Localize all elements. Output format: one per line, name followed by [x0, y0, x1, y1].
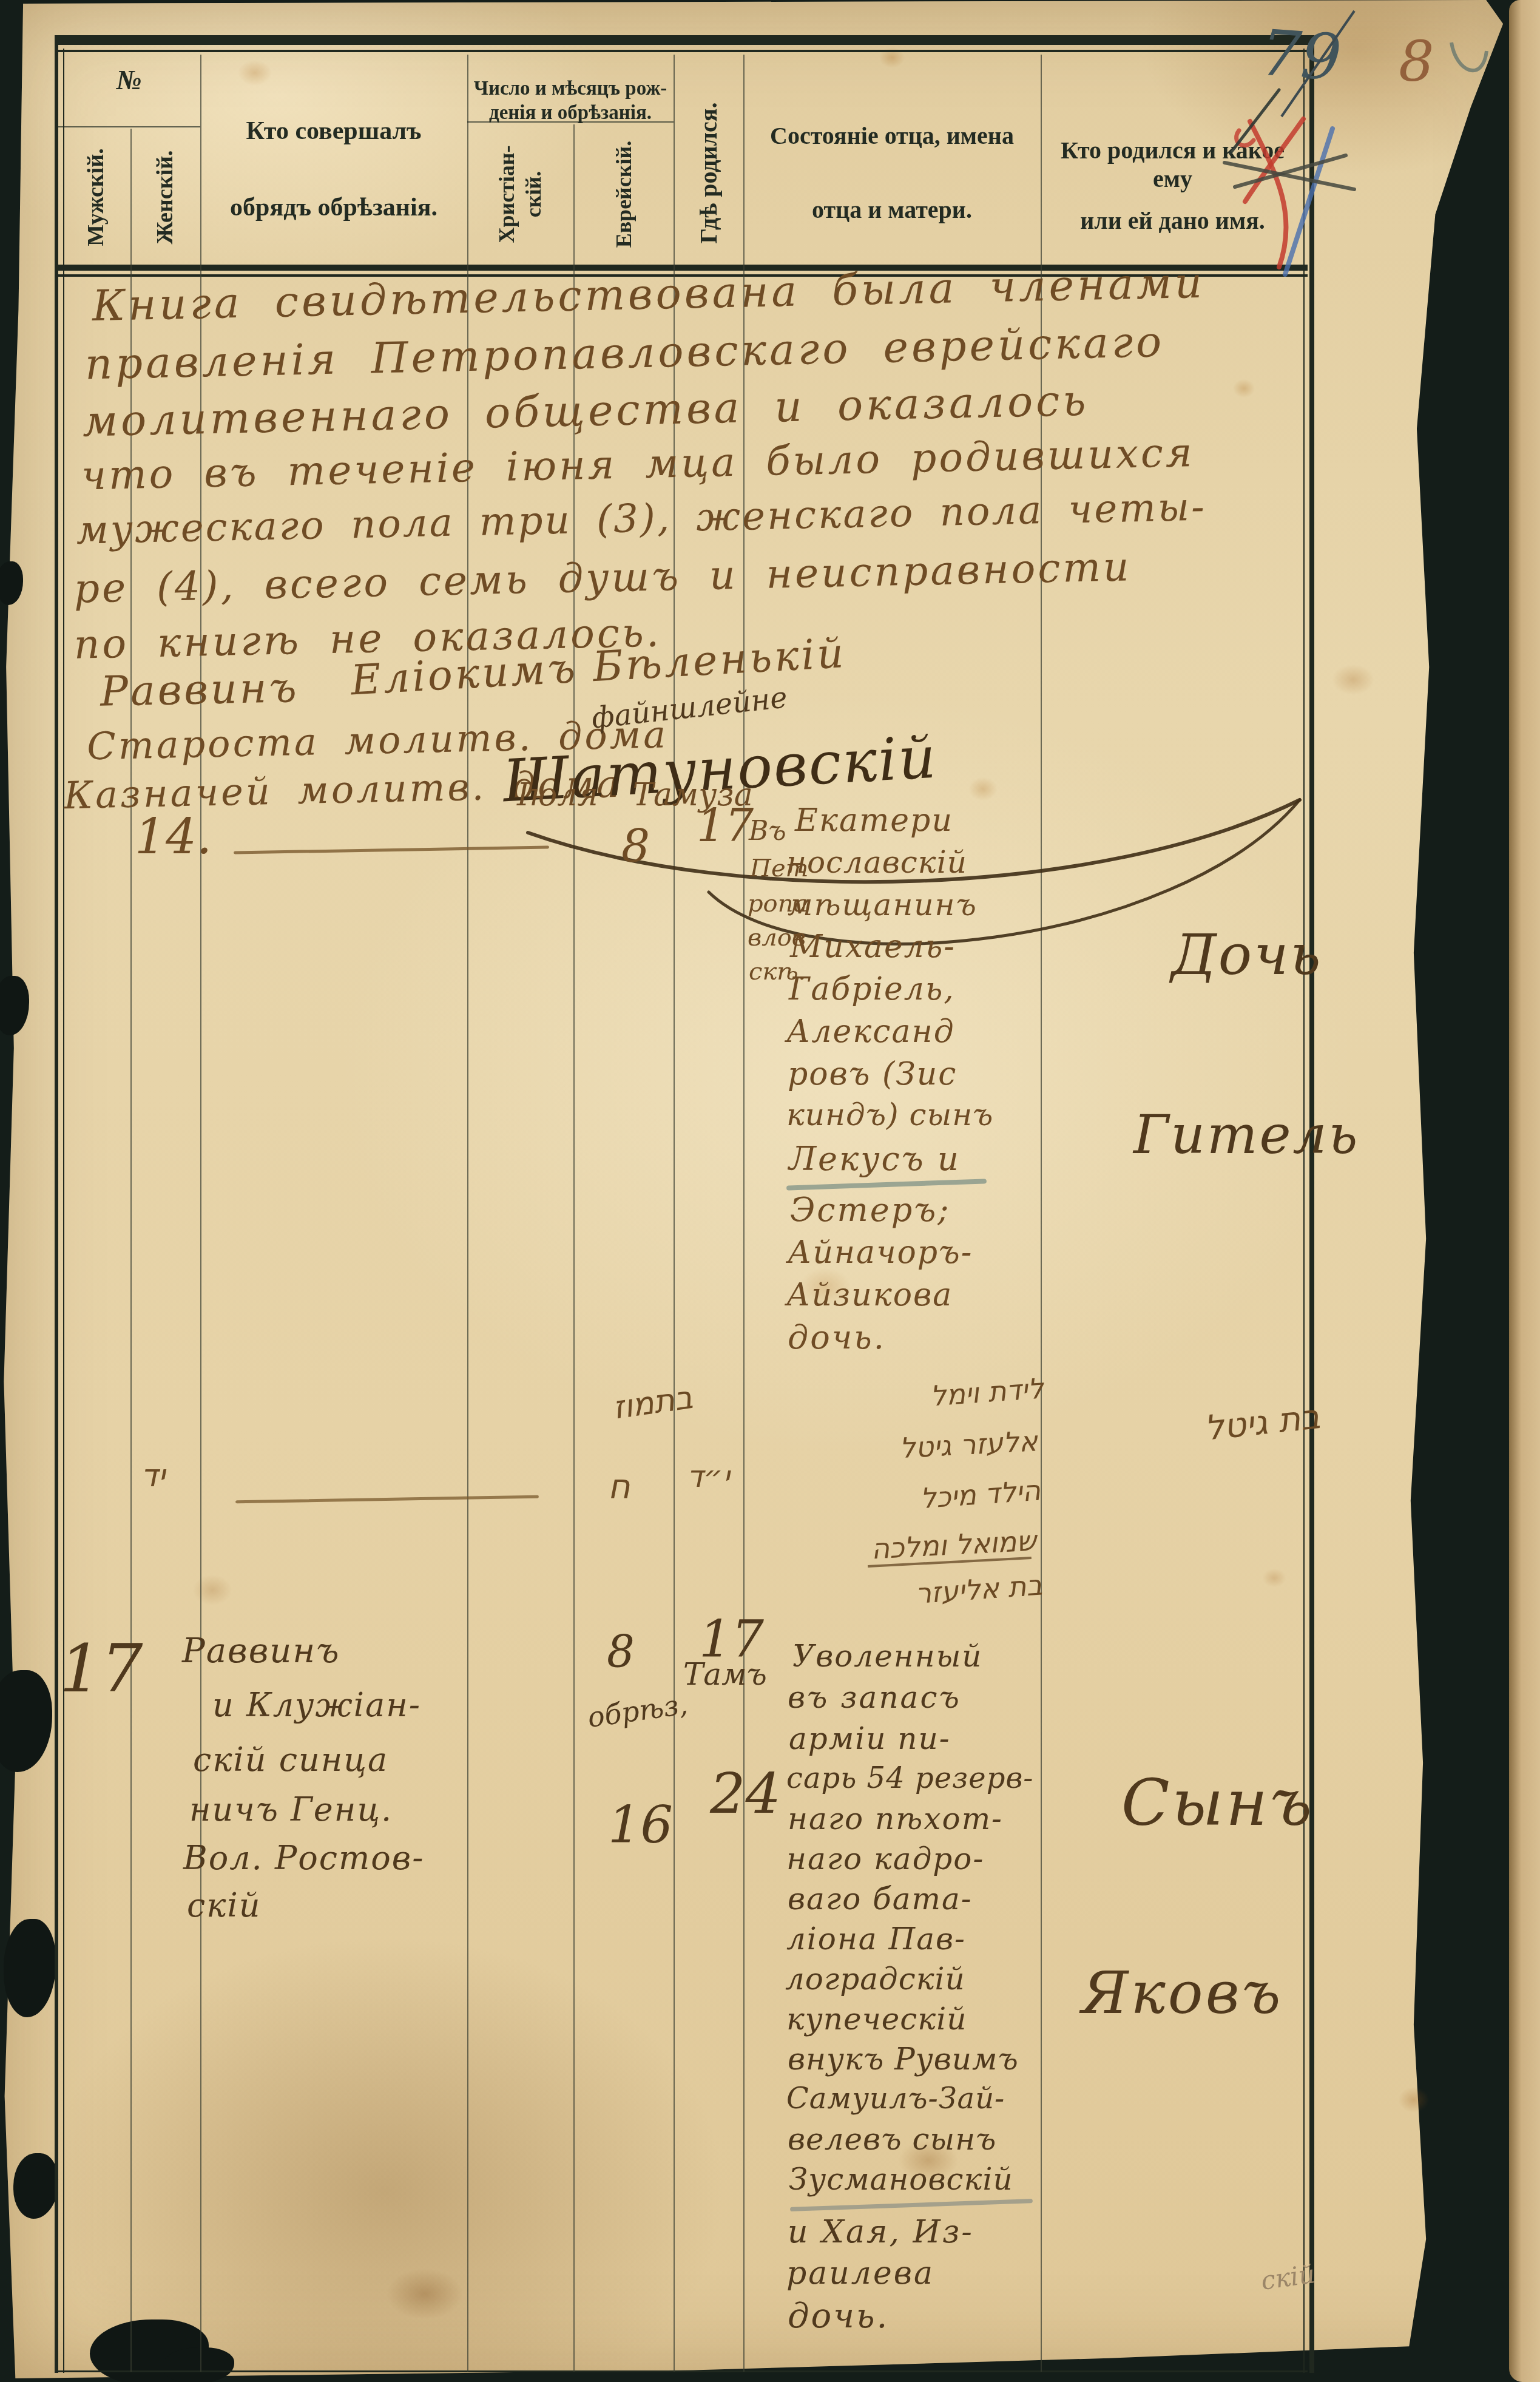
entry14-father-line: киндъ) сынъ [786, 1097, 993, 1132]
hebrew-row-number: יד [141, 1458, 165, 1494]
entry17-father-line: купеческій [786, 2001, 967, 2037]
entry14-child-name: Гитель [1133, 1103, 1359, 1166]
signature-role: Раввинъ [100, 664, 300, 716]
entry14-father-line: Александ [786, 1013, 955, 1050]
hebrew-date-christian: ח [608, 1467, 630, 1507]
entry14-father-line: Эстеръ; [790, 1191, 950, 1229]
entry14-father-line: Габріель, [789, 971, 955, 1007]
entry14-father-line: ровъ (Зис [788, 1056, 957, 1092]
entry14-father-line: мѣщанинъ [788, 887, 978, 922]
entry17-father-line: внукъ Рувимъ [788, 2042, 1019, 2077]
entry17-father-line: и Хая, Из- [788, 2214, 974, 2250]
entry17-date-christian-birth: 8 [607, 1626, 635, 1677]
entry14-date-christian: 8 [621, 821, 650, 873]
entry14-father-line: Айначоръ- [788, 1234, 973, 1271]
entry17-father-line: ваго бата- [788, 1881, 973, 1917]
entry14-where-line: Въ [749, 816, 786, 847]
entry17-father-line: велевъ сынъ [788, 2122, 996, 2157]
entry14-father-line: Айзикова [786, 1277, 953, 1313]
entry14-father-line: Михаель- [790, 929, 956, 965]
entry14-date-jewish: 17 [697, 800, 754, 852]
entry17-date-christian-circ: 16 [608, 1795, 673, 1855]
entry14-father-line: дочь. [788, 1318, 886, 1356]
entry14-father-line: нославскій [786, 845, 967, 880]
entry17-performer-line: скій синца [193, 1741, 388, 1779]
entry17-father-line: наго пѣхот- [788, 1801, 1003, 1836]
entry17-performer-line: ничъ Генц. [189, 1790, 393, 1829]
entry17-number: 17 [59, 1631, 143, 1707]
entry17-child-sex: Сынъ [1121, 1766, 1314, 1840]
entry17-performer-line: скій [187, 1886, 262, 1924]
entry14-father-line: Лекусъ и [789, 1140, 961, 1178]
entry17-father-line: раилева [786, 2255, 934, 2292]
entry14-father-line: Екатери [795, 802, 953, 839]
entry17-father-line: сарь 54 резерв- [786, 1761, 1034, 1795]
entry17-father-line: дочь. [788, 2296, 889, 2336]
entry17-father-line: арміи пи- [789, 1721, 951, 1756]
entry17-performer-line: и Клужіан- [212, 1686, 421, 1724]
entry17-performer-line: Вол. Ростов- [183, 1839, 424, 1877]
entry17-performer-line: Раввинъ [182, 1631, 340, 1671]
entry17-date-jewish-circ: 24 [710, 1761, 781, 1826]
entry17-father-line: Уволенный [792, 1639, 983, 1674]
entry17-father-line: наго кадро- [786, 1841, 984, 1876]
entry17-father-line: Зусмановскій [789, 2162, 1013, 2197]
entry17-father-line: Самуилъ-Зай- [786, 2082, 1005, 2116]
entry17-where: Тамъ [683, 1657, 767, 1692]
entry17-child-name: Яковъ [1081, 1959, 1283, 2027]
entry17-father-line: лоградскій [785, 1961, 965, 1997]
entry14-child-sex: Дочь [1171, 922, 1323, 987]
hebrew-date-jewish: י״ד [687, 1459, 730, 1494]
entry14-number: 14. [135, 808, 212, 865]
entry17-father-line: ліона Пав- [786, 1921, 966, 1957]
entry17-father-line: въ запасъ [788, 1680, 961, 1715]
